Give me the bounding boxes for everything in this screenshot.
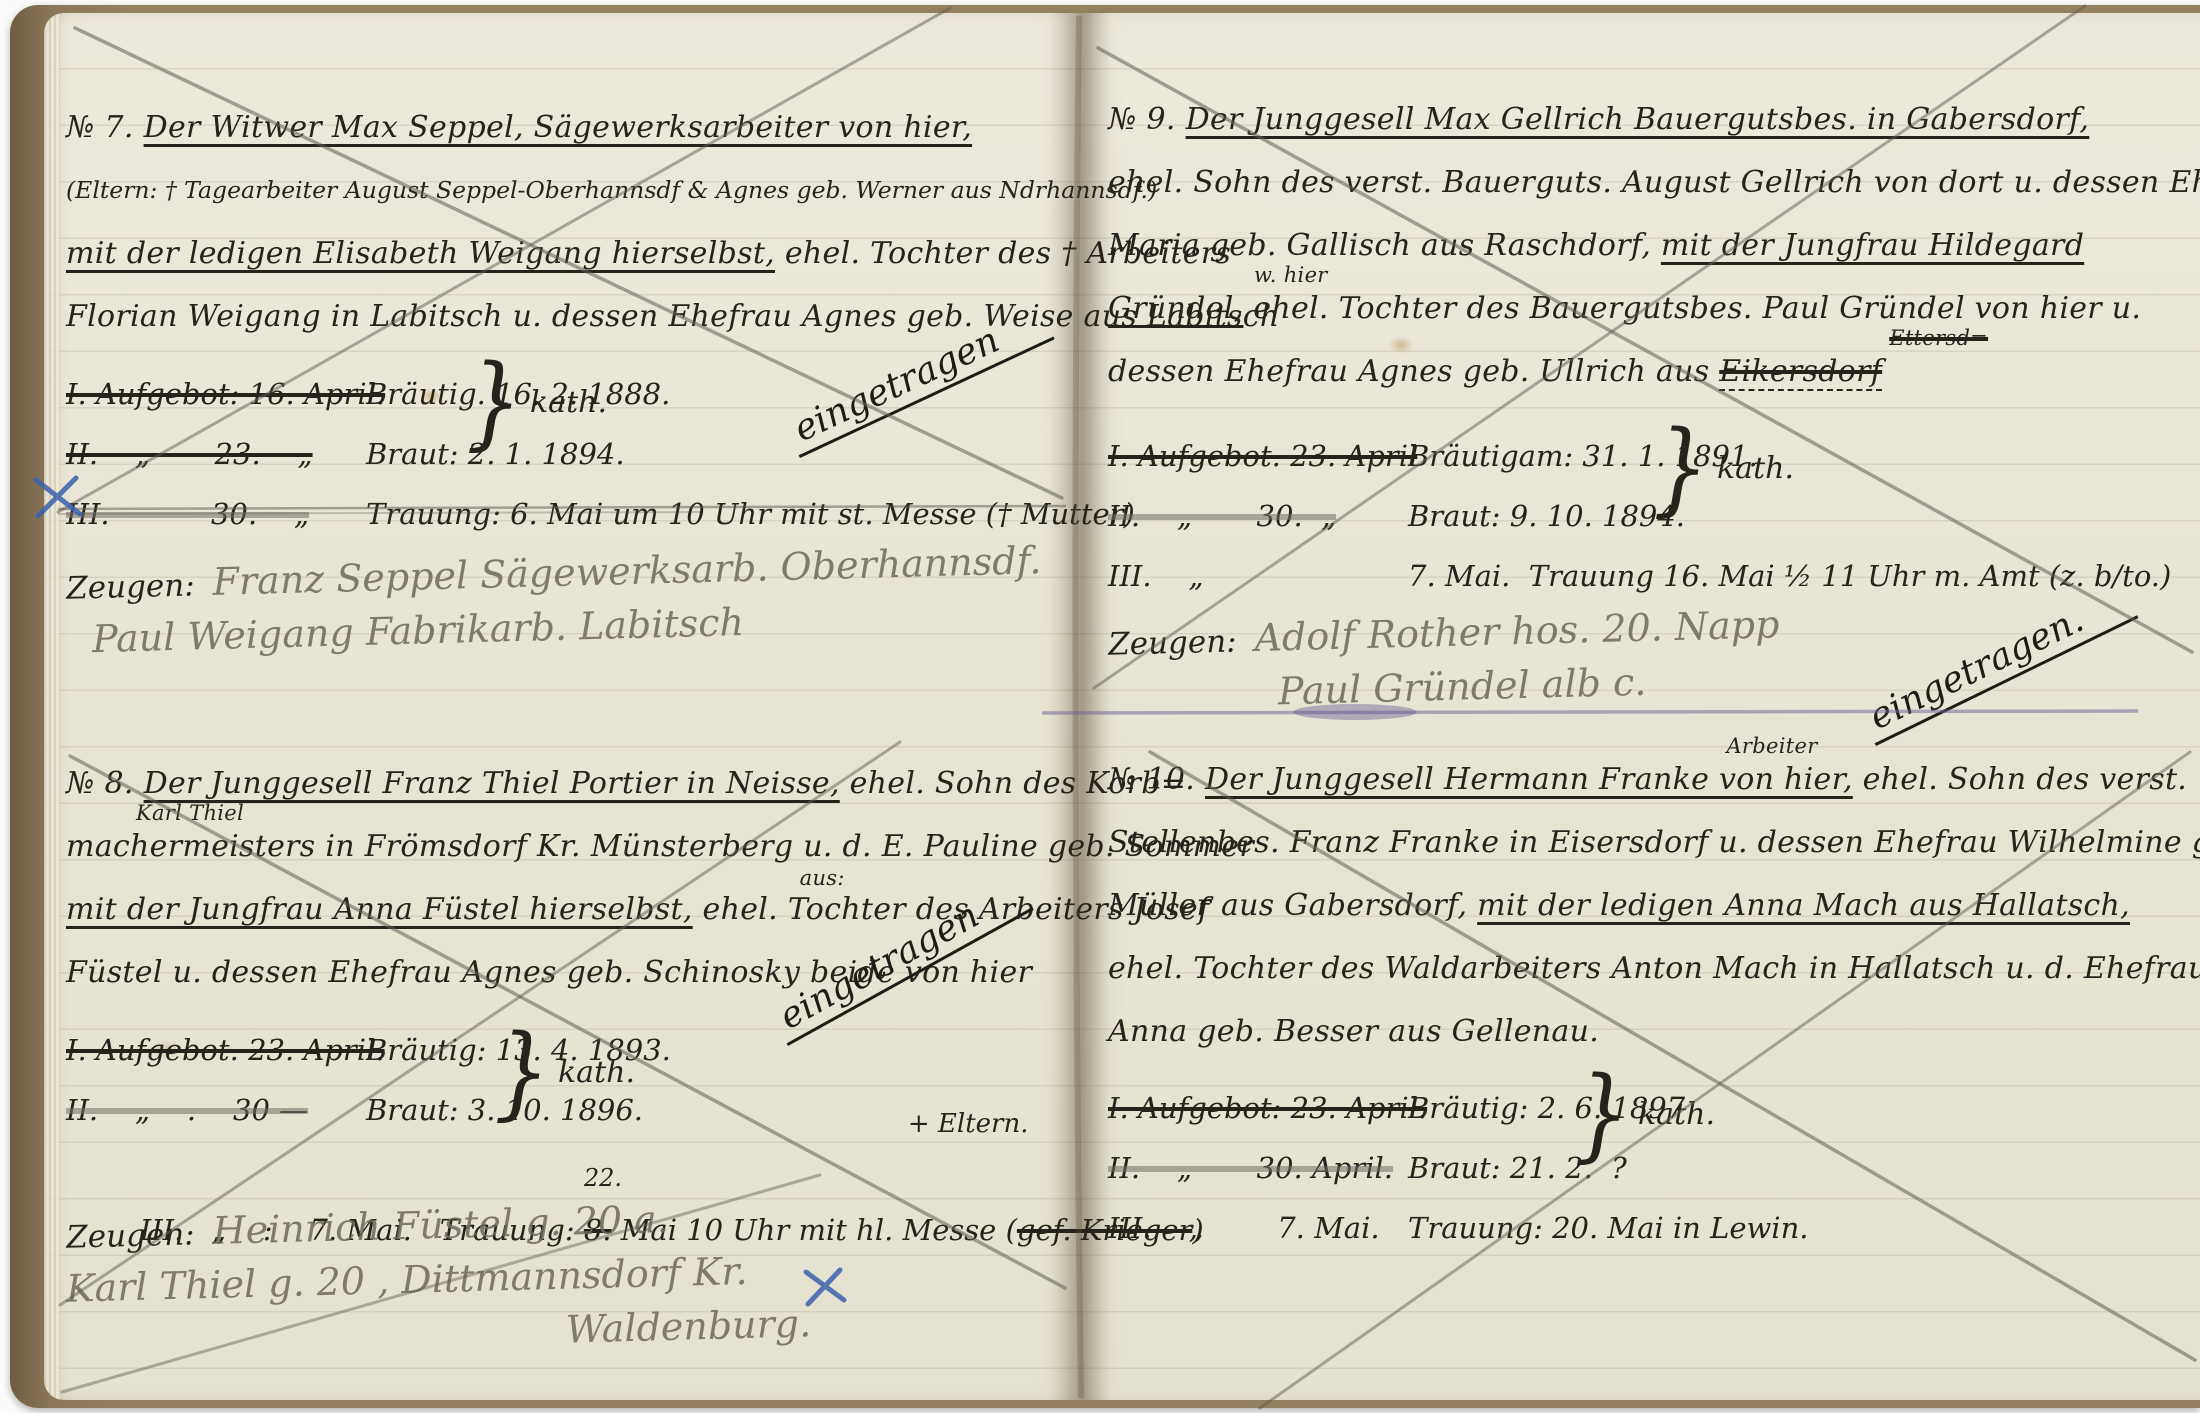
struck-place: Eikersdorf [1719,354,1882,391]
body-line: Florian Weigang in Labitsch u. dessen Eh… [66,285,1071,348]
body-line: Arbeiter№ 10. Der Junggesell Hermann Fra… [1108,748,2193,811]
entry-no10-body: Arbeiter№ 10. Der Junggesell Hermann Fra… [1108,748,2193,1063]
text-segment: Anna geb. Besser aus Gellenau. [1108,1014,1599,1049]
entry-no9-banns: I. Aufgebot. 23. AprilBräutigam: 31. 1. … [1108,426,2171,606]
text-segment: ehel. Tochter des Waldarbeiters Anton Ma… [1108,951,2200,986]
witnesses-label: Zeugen: [66,1216,195,1255]
text-segment: ehel. Tochter des Bauergutsbes. Paul Grü… [1243,291,2141,326]
groom-name-segment: Der Junggesell Max Gellrich Bauergutsbes… [1186,102,2090,137]
banns-row-1: I. Aufgebot. 23. AprilBräutigam: 31. 1. … [1108,426,2171,486]
body-line: w. hierGründel, ehel. Tochter des Bauerg… [1108,277,2193,340]
body-line: ehel. Sohn des verst. Bauerguts. August … [1108,151,2193,214]
inserted-word: Arbeiter [1726,736,1817,757]
text-segment: Müller aus Gabersdorf, [1108,888,1477,923]
religion-label: kath. [558,1055,635,1090]
wedding-date: Trauung: 20. Mai in Lewin. [1408,1211,1808,1245]
banns-row-3: III. „ 7. Mai.Trauung: 20. Mai in Lewin. [1108,1198,1808,1258]
register-scan: № 7. Der Witwer Max Seppel, Sägewerksarb… [0,0,2200,1413]
body-line: № 9. Der Junggesell Max Gellrich Bauergu… [1108,88,2193,151]
body-line: Ettersd=dessen Ehefrau Agnes geb. Ullric… [1108,340,2193,403]
banns-left-struck: I. Aufgebot. 23. April. [66,1020,366,1080]
text-segment: ehel. Sohn des verst. Bauerguts. August … [1108,165,2200,200]
body-line: mit der ledigen Elisabeth Weigang hierse… [66,222,1071,285]
body-line: № 7. Der Witwer Max Seppel, Sägewerksarb… [66,96,1071,159]
inserted-name: Karl Thiel [136,803,244,824]
banns-row-2: II. „ 30. „Braut: 9. 10. 1894. [1108,486,2171,546]
banns-left-struck: I. Aufgebot. 23. April [1108,426,1408,486]
entry-number: № 7. [66,110,144,145]
text-segment: dessen Ehefrau Agnes geb. Ullrich aus [1108,354,1719,389]
bride-name-segment: mit der Jungfrau Hildegard [1661,228,2084,263]
banns-row-3: III. „ : 7. Mai.Trauung: 8.22. Mai 10 Uh… [66,1140,1204,1200]
banns-left-struck: III. 30. „ [66,484,366,544]
religion-brace: } kath. [1574,1070,1715,1158]
text-segment: ehel. Sohn des verst. [1853,762,2187,797]
banns-left-struck: I. Aufgebot: 16. April. [66,364,366,424]
bride-name-segment: Gründel, [1108,291,1243,326]
witness-name: Paul Weigang Fabrikarb. Labitsch [92,600,745,661]
inserted-word: w. hier [1254,265,1328,286]
entry-number: № 9. [1108,102,1186,137]
banns-left-struck: II. „ 23. „ [66,424,366,484]
witnesses-label: Zeugen: [1108,623,1237,662]
curly-brace: } [466,351,522,452]
page-edge-stack [44,13,60,1400]
text-segment: Florian Weigang in Labitsch u. dessen Eh… [66,299,1279,334]
groom-name-segment: Der Witwer Max Seppel, Sägewerksarbeiter… [144,110,972,145]
banns-left: III. „ [1108,546,1408,606]
text-segment: (Eltern: † Tagearbeiter August Seppel-Ob… [66,176,1157,204]
body-line: Anna geb. Besser aus Gellenau. [1108,1000,2193,1063]
curly-brace: } [494,1021,550,1122]
bride-birthdate: Braut: 9. 10. 1894. [1408,499,1685,533]
body-line: Karl Thielmachermeisters in Frömsdorf Kr… [66,815,1071,878]
banns-left-struck: II. „ . 30 — [66,1080,366,1140]
text-segment: Stellenbes. Franz Franke in Eisersdorf u… [1108,825,2200,860]
bride-name-segment: mit der Jungfrau Anna Füstel hierselbst, [66,892,693,927]
curly-brace: } [1653,417,1709,518]
witness-name: Heinrich Füstel g. 20 a. [212,1197,669,1253]
religion-label: kath. [1638,1097,1715,1132]
entry-no7-body: № 7. Der Witwer Max Seppel, Sägewerksarb… [66,96,1071,348]
religion-label: kath. [530,385,607,420]
entry-number: № 10. [1108,762,1205,797]
witness-place: Waldenburg. [565,1301,811,1351]
entry-no9-body: № 9. Der Junggesell Max Gellrich Bauergu… [1108,88,2193,403]
corrected-wedding-day: 22. [584,1166,622,1190]
religion-brace: } kath. [494,1028,635,1116]
groom-name-segment: Der Junggesell Hermann Franke von hier, [1205,762,1853,797]
banns-row-3: III. „7. Mai. Trauung 16. Mai ½ 11 Uhr m… [1108,546,2171,606]
banns-left-struck: I. Aufgebot: 23. April. [1108,1078,1408,1138]
religion-brace: } kath. [466,358,607,446]
witness-name: Adolf Rother hos. 20. Napp [1254,602,1780,660]
entry-number: № 8. [66,766,144,801]
entry-no7: № 7. Der Witwer Max Seppel, Sägewerksarb… [66,96,1071,348]
entry-no9: № 9. Der Junggesell Max Gellrich Bauergu… [1108,88,2193,403]
bride-name-segment: mit der ledigen Anna Mach aus Hallatsch, [1477,888,2130,923]
struck-inserted-word: Ettersd= [1889,328,1988,349]
inserted-word: aus: [800,868,845,889]
bride-name-segment: mit der ledigen Elisabeth Weigang hierse… [66,236,775,271]
banns-left: III. „ 7. Mai. [1108,1198,1408,1258]
body-line: Stellenbes. Franz Franke in Eisersdorf u… [1108,811,2193,874]
groom-name-segment: Der Junggesell Franz Thiel Portier in Ne… [144,766,840,801]
religion-brace: } kath. [1653,424,1794,512]
entry-no8-witnesses: Zeugen:Heinrich Füstel g. 20 a. Karl Thi… [66,1198,811,1360]
text-segment: Maria geb. Gallisch aus Raschdorf, [1108,228,1661,263]
banns-left-struck: II. „ 30. „ [1108,486,1408,546]
witnesses-label: Zeugen: [66,567,195,606]
wedding-date: Trauung: 6. Mai um 10 Uhr mit st. Messe … [366,497,1135,531]
banns-left-struck: II. „ 30. April. [1108,1138,1408,1198]
body-line: (Eltern: † Tagearbeiter August Seppel-Ob… [66,159,1071,222]
curly-brace: } [1574,1063,1630,1164]
entry-no7-witnesses: Zeugen:Franz Seppel Sägewerksarb. Oberha… [66,546,1041,654]
body-line: Müller aus Gabersdorf, mit der ledigen A… [1108,874,2193,937]
wedding-date: 7. Mai. Trauung 16. Mai ½ 11 Uhr m. Amt … [1408,559,2171,593]
inserted-note: + Eltern. [908,1114,1029,1135]
body-line: ehel. Tochter des Waldarbeiters Anton Ma… [1108,937,2193,1000]
witness-name: Paul Gründel alb c. [1277,660,1646,714]
religion-label: kath. [1717,451,1794,486]
text-segment: machermeisters in Frömsdorf Kr. Münsterb… [66,829,1254,864]
entry-no9-witnesses: Zeugen:Adolf Rother hos. 20. Napp Paul G… [1108,606,1779,714]
entry-no10: Arbeiter№ 10. Der Junggesell Hermann Fra… [1108,748,2193,1063]
